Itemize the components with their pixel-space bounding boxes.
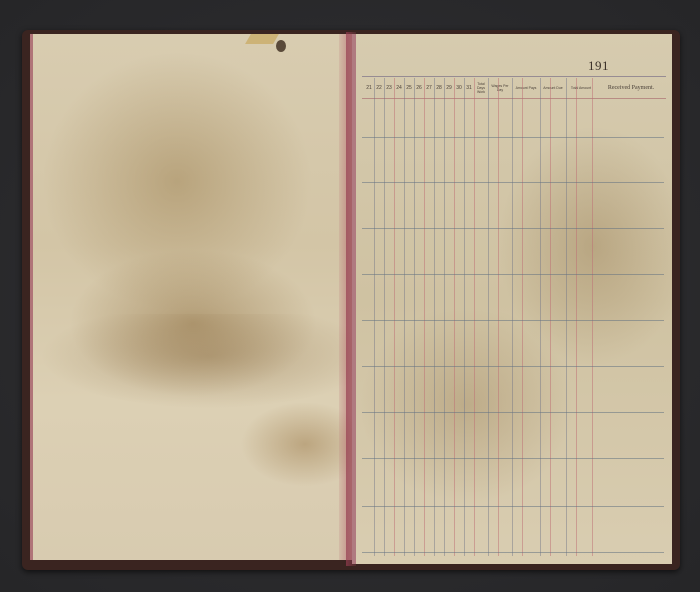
- header-rule: [362, 76, 666, 77]
- water-stain: [33, 314, 353, 454]
- day-header: 31: [464, 85, 474, 91]
- column-rule: [592, 78, 593, 556]
- day-header: 29: [444, 85, 454, 91]
- day-header: 27: [424, 85, 434, 91]
- day-header: 21: [364, 85, 374, 91]
- row-rule: [362, 320, 664, 321]
- row-rule: [362, 412, 664, 413]
- row-rule: [362, 366, 664, 367]
- day-header: 25: [404, 85, 414, 91]
- column-rule: [384, 78, 385, 556]
- received-payment-header: Received Payment.: [596, 86, 666, 90]
- day-header: 30: [454, 85, 464, 91]
- left-page: [30, 34, 353, 560]
- column-rule: [540, 78, 541, 556]
- wages-header: Wages Per Day: [488, 84, 512, 92]
- column-rule: [404, 78, 405, 556]
- paper-tear: [245, 34, 279, 44]
- column-rule: [512, 78, 513, 556]
- row-rule: [362, 506, 664, 507]
- page-number: 191: [588, 58, 609, 74]
- column-rule: [474, 78, 475, 556]
- column-rule: [424, 78, 425, 556]
- column-rule: [434, 78, 435, 556]
- day-header: 26: [414, 85, 424, 91]
- column-rule: [550, 78, 551, 556]
- column-rule: [498, 78, 499, 556]
- column-rule: [488, 78, 489, 556]
- column-rule: [394, 78, 395, 556]
- day-header: 24: [394, 85, 404, 91]
- row-rule: [362, 274, 664, 275]
- right-page: 191 21 22 23 24 25 26 27 28 29 30 31 Tot…: [352, 34, 672, 564]
- day-header: 28: [434, 85, 444, 91]
- column-rule: [566, 78, 567, 556]
- column-rule: [374, 78, 375, 556]
- column-rule: [414, 78, 415, 556]
- column-rule: [576, 78, 577, 556]
- row-rule: [362, 182, 664, 183]
- row-rule: [362, 552, 664, 553]
- row-rule: [362, 458, 664, 459]
- row-rule: [362, 137, 664, 138]
- column-rule: [464, 78, 465, 556]
- ledger-header: 21 22 23 24 25 26 27 28 29 30 31 Total D…: [364, 78, 666, 98]
- column-rule: [454, 78, 455, 556]
- page-hole: [276, 40, 286, 52]
- total-days-header: Total Days Work: [474, 82, 488, 94]
- column-rule: [444, 78, 445, 556]
- day-header: 23: [384, 85, 394, 91]
- column-rule: [522, 78, 523, 556]
- amount-pays-header: Amount Pays: [512, 86, 540, 90]
- amount-due-header: Amount Due: [540, 86, 566, 90]
- row-rule: [362, 228, 664, 229]
- header-rule: [362, 98, 666, 99]
- day-header: 22: [374, 85, 384, 91]
